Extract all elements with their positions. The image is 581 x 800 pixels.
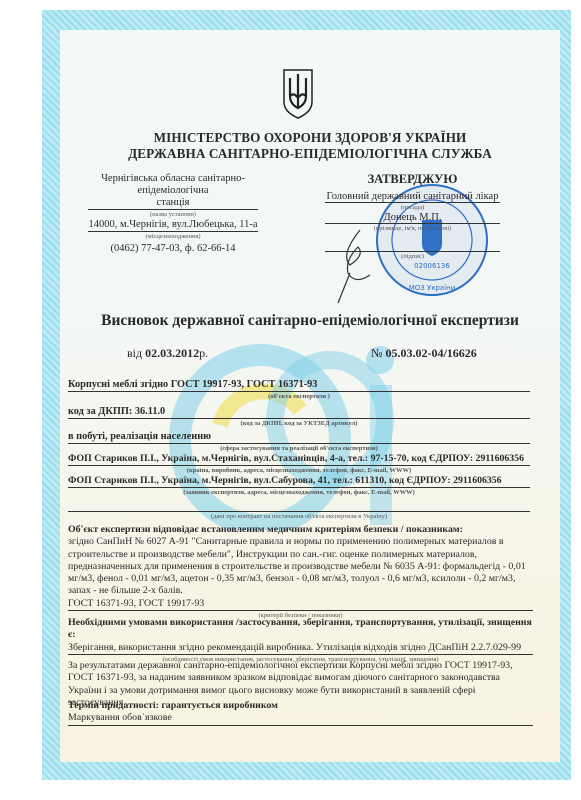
shelf-life-section: Термін придатності: гарантується виробни… — [68, 700, 533, 726]
document-number: № 05.03.02-04/16626 — [371, 346, 477, 361]
signature-icon — [330, 225, 390, 305]
field-applicant: ФОП Стариков П.І., Україна, м.Чернігів, … — [68, 474, 530, 497]
svg-text:02006136: 02006136 — [414, 262, 450, 270]
field-code: код за ДКПП: 36.11.0(код за ДКПП, код за… — [68, 405, 530, 428]
document-title: Висновок державної санітарно-епідеміолог… — [60, 312, 560, 330]
conditions-section: Необхідними умовами використання /застос… — [68, 617, 533, 664]
criteria-section: Об'єкт експертизи відповідає встановлени… — [68, 524, 533, 620]
institution-block: Чернігівська обласна санітарно-епідеміол… — [88, 173, 258, 255]
field-contract: (дані про контракт на постачання об'єкта… — [68, 498, 530, 521]
ministry-heading: МІНІСТЕРСТВО ОХОРОНИ ЗДОРОВ'Я УКРАЇНИ ДЕ… — [60, 130, 560, 162]
document-date: від 02.03.2012р. — [127, 346, 208, 361]
coat-of-arms-icon — [282, 68, 314, 120]
field-scope: в побуті, реалізація населенню(сфера зас… — [68, 430, 530, 453]
svg-text:• МОЗ України •: • МОЗ України • — [402, 284, 461, 292]
field-object: Корпусні меблі згідно ГОСТ 19917-93, ГОС… — [68, 378, 530, 401]
field-manufacturer: ФОП Стариков П.І., Україна, м.Чернігів, … — [68, 452, 530, 475]
